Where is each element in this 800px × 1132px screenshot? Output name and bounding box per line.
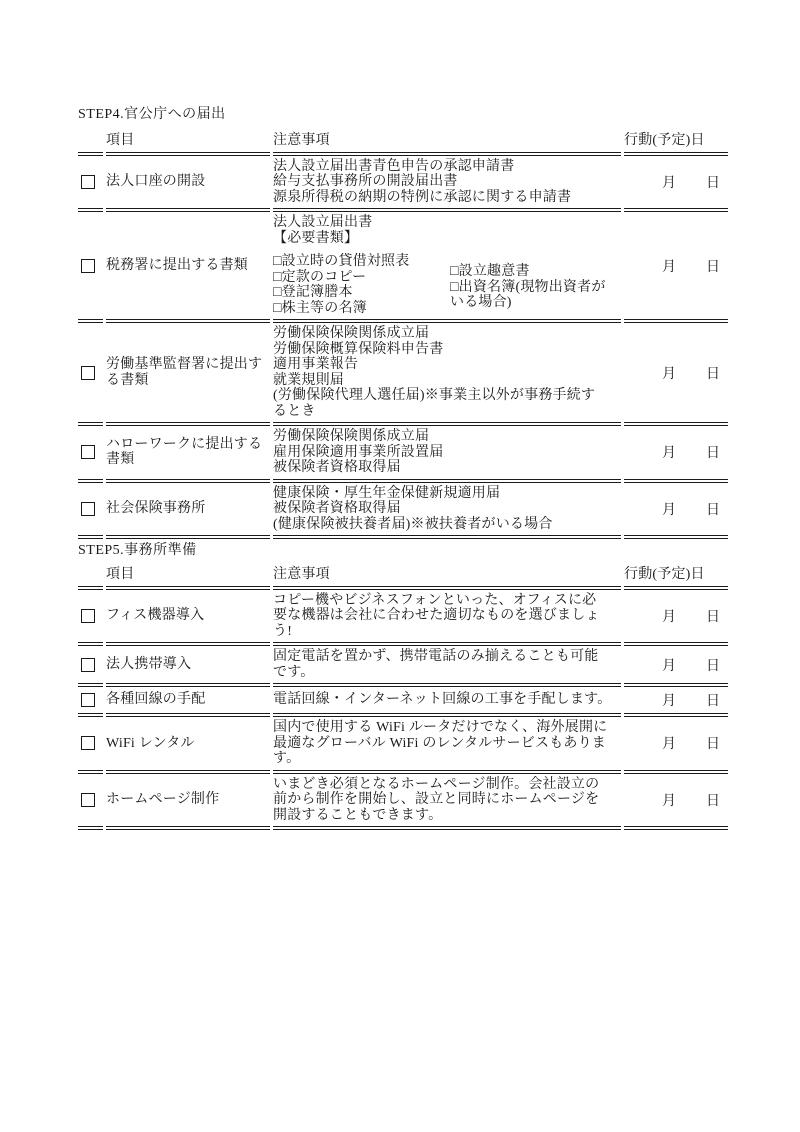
note-line: 労働保険概算保険料申告書 xyxy=(273,342,621,358)
row-item-cell: フィス機器導入 xyxy=(106,590,270,647)
note-line: 要な機器は会社に合わせた適切なものを選びましょ xyxy=(273,608,621,624)
header-date-cell: 行動(予定)日 xyxy=(624,563,728,590)
row-date-cell: 月 日 xyxy=(624,590,728,647)
row-date-cell: 月 日 xyxy=(624,212,728,323)
checkbox-icon xyxy=(81,793,95,807)
item-label: フィス機器導入 xyxy=(106,608,270,624)
row-notes-cell: コピー機やビジネスフォンといった、オフィスに必 要な機器は会社に合わせた適切なも… xyxy=(273,590,621,647)
step5-section-title: STEP5.事務所準備 xyxy=(78,542,730,560)
table-row: 労働基準監督署に提出す る書類 労働保険保険関係成立届 労働保険概算保険料申告書… xyxy=(78,323,730,426)
column-header-notes: 注意事項 xyxy=(273,567,621,583)
note-line: コピー機やビジネスフォンといった、オフィスに必 xyxy=(273,593,621,609)
note-line: るとき xyxy=(273,404,621,420)
checkbox-icon xyxy=(81,445,95,459)
row-notes-cell: 法人設立届出書青色申告の承認申請書 給与支払事務所の開設届出書 源泉所得税の納期… xyxy=(273,156,621,213)
table-row: ホームページ制作 いまどき必須となるホームページ制作。会社設立の 前から制作を開… xyxy=(78,774,730,831)
row-item-cell: ホームページ制作 xyxy=(106,774,270,831)
row-date-cell: 月 日 xyxy=(624,323,728,426)
item-label: ハローワークに提出する xyxy=(106,437,270,453)
month-label: 月 xyxy=(662,256,676,276)
month-label: 月 xyxy=(662,442,676,462)
row-item-cell: 税務署に提出する書類 xyxy=(106,212,270,323)
row-checkbox-cell xyxy=(78,646,103,687)
day-label: 日 xyxy=(706,256,720,276)
row-date-cell: 月 日 xyxy=(624,774,728,831)
row-checkbox-cell xyxy=(78,590,103,647)
note-line: いまどき必須となるホームページ制作。会社設立の xyxy=(273,777,621,793)
note-line: 健康保険・厚生年金保健新規適用届 xyxy=(273,486,621,502)
row-item-cell: WiFi レンタル xyxy=(106,717,270,774)
note-line: 最適なグローバル WiFi のレンタルサービスもありま xyxy=(273,736,621,752)
month-label: 月 xyxy=(662,655,676,675)
day-label: 日 xyxy=(706,363,720,383)
column-header-date: 行動(予定)日 xyxy=(624,567,705,583)
day-label: 日 xyxy=(706,442,720,462)
checklist-item: □設立趣意書 xyxy=(450,264,618,280)
checklist-item: □定款のコピー xyxy=(273,270,450,286)
item-label: る書類 xyxy=(106,373,270,389)
month-label: 月 xyxy=(662,790,676,810)
item-label: 法人携帯導入 xyxy=(106,657,270,673)
checkbox-icon xyxy=(81,736,95,750)
note-line: (労働保険代理人選任届)※事業主以外が事務手続す xyxy=(273,388,621,404)
table-row: 社会保険事務所 健康保険・厚生年金保健新規適用届 被保険者資格取得届 (健康保険… xyxy=(78,483,730,540)
row-date-cell: 月 日 xyxy=(624,717,728,774)
day-label: 日 xyxy=(706,790,720,810)
checklist-item: いる場合) xyxy=(450,295,618,311)
day-label: 日 xyxy=(706,499,720,519)
row-checkbox-cell xyxy=(78,687,103,717)
note-line: 労働保険保険関係成立届 xyxy=(273,429,621,445)
item-label: 労働基準監督署に提出す xyxy=(106,357,270,373)
table-row: フィス機器導入 コピー機やビジネスフォンといった、オフィスに必 要な機器は会社に… xyxy=(78,590,730,647)
day-label: 日 xyxy=(706,690,720,710)
row-notes-cell: 固定電話を置かず、携帯電話のみ揃えることも可能 です。 xyxy=(273,646,621,687)
note-line: 給与支払事務所の開設届出書 xyxy=(273,174,621,190)
row-item-cell: 社会保険事務所 xyxy=(106,483,270,540)
note-line: 前から制作を開始し、設立と同時にホームページを xyxy=(273,792,621,808)
row-checkbox-cell xyxy=(78,774,103,831)
checklist-item: □株主等の名簿 xyxy=(273,301,450,317)
row-notes-cell: 健康保険・厚生年金保健新規適用届 被保険者資格取得届 (健康保険被扶養者届)※被… xyxy=(273,483,621,540)
row-checkbox-cell xyxy=(78,156,103,213)
checkbox-icon xyxy=(81,502,95,516)
note-line: 雇用保険適用事業所設置届 xyxy=(273,445,621,461)
row-item-cell: 法人携帯導入 xyxy=(106,646,270,687)
note-line: 労働保険保険関係成立届 xyxy=(273,326,621,342)
month-label: 月 xyxy=(662,690,676,710)
month-label: 月 xyxy=(662,363,676,383)
step4-header-row: 項目 注意事項 行動(予定)日 xyxy=(78,129,730,156)
header-item-cell: 項目 xyxy=(106,563,270,590)
month-label: 月 xyxy=(662,499,676,519)
month-label: 月 xyxy=(662,733,676,753)
table-row: ハローワークに提出する 書類 労働保険保険関係成立届 雇用保険適用事業所設置届 … xyxy=(78,426,730,483)
day-label: 日 xyxy=(706,733,720,753)
month-label: 月 xyxy=(662,172,676,192)
document-page: STEP4.官公庁への届出 項目 注意事項 行動(予定)日 法人口座の開設 法人… xyxy=(0,0,800,1132)
note-line: う! xyxy=(273,624,621,640)
checkbox-icon xyxy=(81,175,95,189)
table-row: WiFi レンタル 国内で使用する WiFi ルータだけでなく、海外展開に 最適… xyxy=(78,717,730,774)
item-label: 社会保険事務所 xyxy=(106,501,270,517)
row-checkbox-cell xyxy=(78,483,103,540)
checklist-item: □設立時の貸借対照表 xyxy=(273,254,450,270)
step4-section-title: STEP4.官公庁への届出 xyxy=(78,106,730,124)
header-item-cell: 項目 xyxy=(106,129,270,156)
row-date-cell: 月 日 xyxy=(624,426,728,483)
checklist-right-column: □設立趣意書 □出資名簿(現物出資者が いる場合) xyxy=(450,264,618,316)
note-line: 法人設立届出書 xyxy=(273,215,621,231)
item-label: ホームページ制作 xyxy=(106,792,270,808)
note-line: 電話回線・インターネット回線の工事を手配します。 xyxy=(273,692,621,708)
header-checkbox-cell xyxy=(78,129,103,156)
step5-table: 項目 注意事項 行動(予定)日 フィス機器導入 コピー機やビジネスフォンといった… xyxy=(78,563,730,830)
row-item-cell: ハローワークに提出する 書類 xyxy=(106,426,270,483)
note-line: 被保険者資格取得届 xyxy=(273,501,621,517)
note-line: 開設することもできます。 xyxy=(273,808,621,824)
item-label: 各種回線の手配 xyxy=(106,692,270,708)
note-line: 【必要書類】 xyxy=(273,231,621,247)
note-line: 固定電話を置かず、携帯電話のみ揃えることも可能 xyxy=(273,649,621,665)
step5-header-row: 項目 注意事項 行動(予定)日 xyxy=(78,563,730,590)
item-label: WiFi レンタル xyxy=(106,736,270,752)
row-date-cell: 月 日 xyxy=(624,646,728,687)
note-line: 国内で使用する WiFi ルータだけでなく、海外展開に xyxy=(273,720,621,736)
checklist-item: □登記簿謄本 xyxy=(273,285,450,301)
row-date-cell: 月 日 xyxy=(624,483,728,540)
item-label: 法人口座の開設 xyxy=(106,174,270,190)
table-row: 法人口座の開設 法人設立届出書青色申告の承認申請書 給与支払事務所の開設届出書 … xyxy=(78,156,730,213)
row-item-cell: 労働基準監督署に提出す る書類 xyxy=(106,323,270,426)
row-item-cell: 各種回線の手配 xyxy=(106,687,270,717)
row-date-cell: 月 日 xyxy=(624,156,728,213)
checklist-item: □出資名簿(現物出資者が xyxy=(450,280,618,296)
checkbox-icon xyxy=(81,658,95,672)
note-line: 被保険者資格取得届 xyxy=(273,460,621,476)
note-line: 就業規則届 xyxy=(273,373,621,389)
month-label: 月 xyxy=(662,606,676,626)
checklist-left-column: □設立時の貸借対照表 □定款のコピー □登記簿謄本 □株主等の名簿 xyxy=(273,254,450,316)
checkbox-icon xyxy=(81,259,95,273)
row-checkbox-cell xyxy=(78,426,103,483)
column-header-item: 項目 xyxy=(106,133,270,149)
row-notes-cell: 労働保険保険関係成立届 労働保険概算保険料申告書 適用事業報告 就業規則届 (労… xyxy=(273,323,621,426)
column-header-notes: 注意事項 xyxy=(273,133,621,149)
note-line: す。 xyxy=(273,751,621,767)
table-row: 法人携帯導入 固定電話を置かず、携帯電話のみ揃えることも可能 です。 月 日 xyxy=(78,646,730,687)
checkbox-icon xyxy=(81,609,95,623)
row-checkbox-cell xyxy=(78,717,103,774)
header-checkbox-cell xyxy=(78,563,103,590)
header-notes-cell: 注意事項 xyxy=(273,563,621,590)
row-notes-cell: いまどき必須となるホームページ制作。会社設立の 前から制作を開始し、設立と同時に… xyxy=(273,774,621,831)
table-row: 税務署に提出する書類 法人設立届出書 【必要書類】 □設立時の貸借対照表 □定款… xyxy=(78,212,730,323)
column-header-date: 行動(予定)日 xyxy=(624,133,705,149)
note-line: 源泉所得税の納期の特例に承認に関する申請書 xyxy=(273,190,621,206)
row-checkbox-cell xyxy=(78,212,103,323)
day-label: 日 xyxy=(706,655,720,675)
row-item-cell: 法人口座の開設 xyxy=(106,156,270,213)
row-notes-cell: 電話回線・インターネット回線の工事を手配します。 xyxy=(273,687,621,717)
note-line: 適用事業報告 xyxy=(273,357,621,373)
header-date-cell: 行動(予定)日 xyxy=(624,129,728,156)
row-date-cell: 月 日 xyxy=(624,687,728,717)
header-notes-cell: 注意事項 xyxy=(273,129,621,156)
table-row: 各種回線の手配 電話回線・インターネット回線の工事を手配します。 月 日 xyxy=(78,687,730,717)
note-line: 法人設立届出書青色申告の承認申請書 xyxy=(273,159,621,175)
day-label: 日 xyxy=(706,606,720,626)
checkbox-icon xyxy=(81,693,95,707)
row-checkbox-cell xyxy=(78,323,103,426)
item-label: 書類 xyxy=(106,452,270,468)
notes-intro: 法人設立届出書 【必要書類】 xyxy=(273,215,621,246)
item-label: 税務署に提出する書類 xyxy=(106,258,270,274)
day-label: 日 xyxy=(706,172,720,192)
row-notes-cell: 国内で使用する WiFi ルータだけでなく、海外展開に 最適なグローバル WiF… xyxy=(273,717,621,774)
step4-table: 項目 注意事項 行動(予定)日 法人口座の開設 法人設立届出書青色申告の承認申請… xyxy=(78,129,730,539)
note-line: (健康保険被扶養者届)※被扶養者がいる場合 xyxy=(273,517,621,533)
checkbox-icon xyxy=(81,366,95,380)
row-notes-cell: 労働保険保険関係成立届 雇用保険適用事業所設置届 被保険者資格取得届 xyxy=(273,426,621,483)
required-docs-checklist: □設立時の貸借対照表 □定款のコピー □登記簿謄本 □株主等の名簿 □設立趣意書… xyxy=(273,254,621,316)
row-notes-cell: 法人設立届出書 【必要書類】 □設立時の貸借対照表 □定款のコピー □登記簿謄本… xyxy=(273,212,621,323)
column-header-item: 項目 xyxy=(106,567,270,583)
note-line: です。 xyxy=(273,665,621,681)
